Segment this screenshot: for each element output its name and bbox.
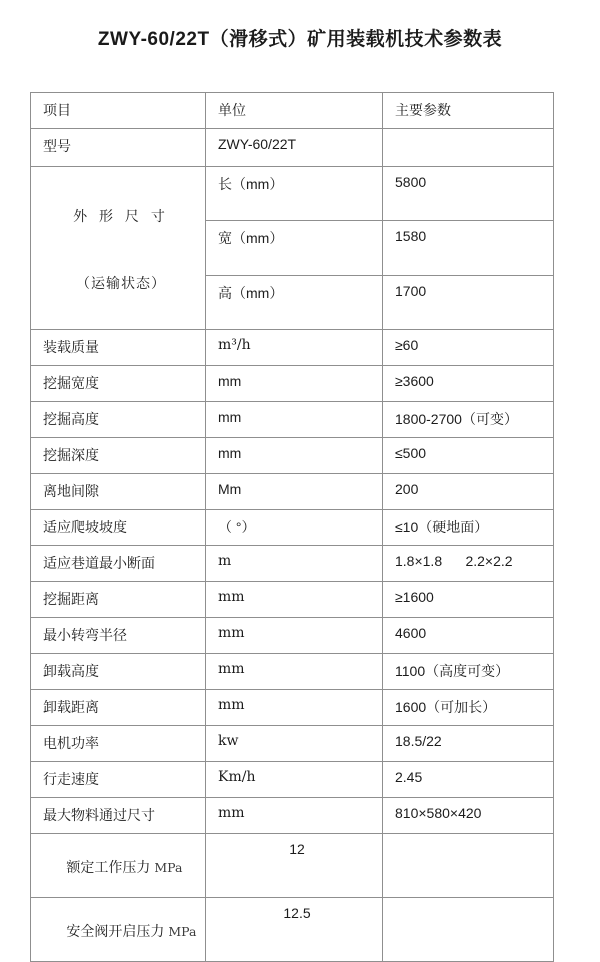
dimension-unit-cell: 高（mm）: [206, 275, 383, 329]
item-cell: 最小转弯半径: [31, 618, 206, 654]
item-cell: 适应爬坡坡度: [31, 510, 206, 546]
item-cell: 挖掘距离: [31, 582, 206, 618]
empty-cell: [383, 834, 554, 889]
empty-cell: [383, 129, 554, 167]
value-cell: 12: [206, 834, 383, 889]
dimension-value-cell: 5800: [383, 167, 554, 221]
dimension-unit-cell: 长（mm）: [206, 167, 383, 221]
value-cell: 4600: [383, 618, 554, 654]
page-title: ZWY-60/22T（滑移式）矿用装载机技术参数表: [0, 24, 600, 51]
item-cell: 适应巷道最小断面: [31, 546, 206, 582]
item-cell: 卸载高度: [31, 654, 206, 690]
value-cell: 810×580×420: [383, 798, 554, 834]
param-row-ground-clearance: 离地间隙 Mm 200: [31, 474, 554, 510]
model-value-cell: ZWY-60/22T: [206, 129, 383, 167]
item-cell: 挖掘深度: [31, 438, 206, 474]
param-row-max-material-size: 最大物料通过尺寸 mm 810×580×420: [31, 798, 554, 834]
value-cell: ≤500: [383, 438, 554, 474]
param-row-digging-depth: 挖掘深度 mm ≤500: [31, 438, 554, 474]
unit-cell: kw: [206, 726, 383, 762]
unit-cell: （ °）: [206, 510, 383, 546]
unit-cell: mm: [206, 690, 383, 726]
param-row-unloading-distance: 卸载距离 mm 1600（可加长）: [31, 690, 554, 726]
value-cell: 2.45: [383, 762, 554, 798]
value-cell: 1.8×1.8 2.2×2.2: [383, 546, 554, 582]
param-row-loading-capacity: 装载质量 m³/h ≥60: [31, 330, 554, 366]
param-row-motor-power: 电机功率 kw 18.5/22: [31, 726, 554, 762]
parameters-table: 项目 单位 主要参数 型号 ZWY-60/22T 外 形 尺 寸 （运输状态） …: [30, 92, 554, 888]
header-item-cell: 项目: [31, 93, 206, 129]
model-label-cell: 型号: [31, 129, 206, 167]
unit-cell: mm: [206, 366, 383, 402]
dimensions-label-cell: 外 形 尺 寸 （运输状态）: [31, 167, 206, 330]
param-row-min-turning-radius: 最小转弯半径 mm 4600: [31, 618, 554, 654]
item-cell: 卸载距离: [31, 690, 206, 726]
table-header-row: 项目 单位 主要参数: [31, 93, 554, 129]
unit-cell: m³/h: [206, 330, 383, 366]
item-cell: 额定工作压力MPa: [31, 834, 206, 889]
item-unit-suffix: MPa: [154, 860, 182, 875]
param-row-min-roadway-section: 适应巷道最小断面 m 1.8×1.8 2.2×2.2: [31, 546, 554, 582]
value-cell: 1600（可加长）: [383, 690, 554, 726]
dimensions-label-line1: 外 形 尺 寸: [43, 206, 199, 226]
dimension-value-cell: 1700: [383, 275, 554, 329]
value-cell: ≥60: [383, 330, 554, 366]
param-row-digging-distance: 挖掘距离 mm ≥1600: [31, 582, 554, 618]
param-row-unloading-height: 卸载高度 mm 1100（高度可变）: [31, 654, 554, 690]
item-cell: 最大物料通过尺寸: [31, 798, 206, 834]
model-row: 型号 ZWY-60/22T: [31, 129, 554, 167]
item-cell: 电机功率: [31, 726, 206, 762]
value-cell: 18.5/22: [383, 726, 554, 762]
unit-cell: Mm: [206, 474, 383, 510]
dimensions-label-line2: （运输状态）: [43, 273, 199, 293]
item-cell: 挖掘高度: [31, 402, 206, 438]
unit-cell: mm: [206, 654, 383, 690]
header-value-cell: 主要参数: [383, 93, 554, 129]
item-cell: 挖掘宽度: [31, 366, 206, 402]
item-cell: 行走速度: [31, 762, 206, 798]
value-cell: ≥3600: [383, 366, 554, 402]
unit-cell: mm: [206, 618, 383, 654]
param-row-travel-speed: 行走速度 Km/h 2.45: [31, 762, 554, 798]
unit-cell: mm: [206, 438, 383, 474]
unit-cell: mm: [206, 402, 383, 438]
value-cell: ≥1600: [383, 582, 554, 618]
header-unit-cell: 单位: [206, 93, 383, 129]
item-cell: 装载质量: [31, 330, 206, 366]
dimension-unit-cell: 宽（mm）: [206, 221, 383, 275]
value-cell: 1800-2700（可变）: [383, 402, 554, 438]
param-row-digging-height: 挖掘高度 mm 1800-2700（可变）: [31, 402, 554, 438]
param-row-digging-width: 挖掘宽度 mm ≥3600: [31, 366, 554, 402]
item-cell: 离地间隙: [31, 474, 206, 510]
unit-cell: m: [206, 546, 383, 582]
unit-cell: Km/h: [206, 762, 383, 798]
param-row-rated-working-pressure: 额定工作压力MPa 12: [31, 834, 554, 889]
value-cell: 1100（高度可变）: [383, 654, 554, 690]
value-cell: 200: [383, 474, 554, 510]
item-label: 额定工作压力: [66, 859, 150, 875]
unit-cell: mm: [206, 798, 383, 834]
dimension-value-cell: 1580: [383, 221, 554, 275]
value-cell: ≤10（硬地面）: [383, 510, 554, 546]
dimension-row-length: 外 形 尺 寸 （运输状态） 长（mm） 5800: [31, 167, 554, 221]
unit-cell: mm: [206, 582, 383, 618]
param-row-climbing-slope: 适应爬坡坡度 （ °） ≤10（硬地面）: [31, 510, 554, 546]
